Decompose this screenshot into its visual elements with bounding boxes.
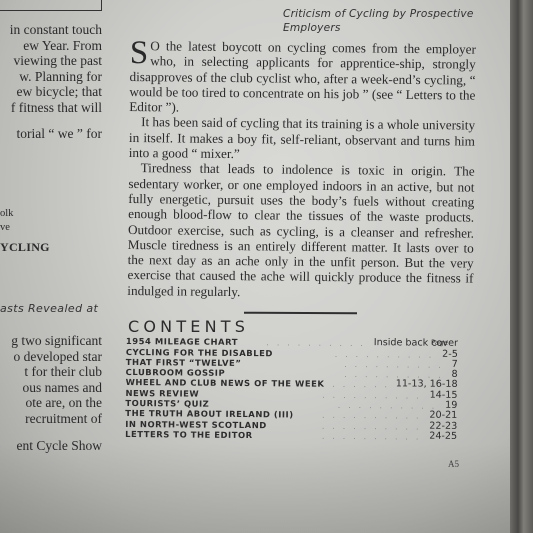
text-line: ous names and: [0, 380, 102, 396]
left-bottom-line: ent Cycle Show: [0, 438, 102, 454]
text-line: viewing the past: [0, 53, 102, 69]
magazine-page: in constant touch ew Year. From viewing …: [0, 0, 510, 533]
boxed-panel-frame: [0, 0, 102, 11]
page-folio: A5: [448, 459, 459, 469]
editorial-line: torial “ we ” for: [0, 126, 102, 142]
signature-line: ve: [0, 221, 10, 234]
table-of-contents: Page 1954 MILEAGE CHART . . . . . . . . …: [125, 336, 458, 442]
text-line: o developed star: [0, 349, 102, 365]
binding-edge: [510, 0, 533, 533]
article-paragraph: It has been said of cycling that its tra…: [129, 114, 475, 164]
left-italic-heading: asts Revealed at: [0, 302, 98, 315]
text-line: t for their club: [0, 364, 102, 380]
article-body: SO the latest boycott on cycling comes f…: [127, 38, 476, 302]
text-line: w. Planning for: [0, 69, 102, 85]
signature-publication: YCLING: [0, 240, 50, 255]
article-paragraph: SO the latest boycott on cycling comes f…: [129, 38, 476, 118]
text-line: ote are, on the: [0, 395, 102, 411]
text-line: ew Year. From: [0, 38, 102, 54]
drop-cap: S: [130, 40, 149, 67]
text-line: ew bicycle; that: [0, 84, 102, 100]
section-divider-rule: [244, 312, 357, 315]
text-line: recruitment of: [0, 411, 102, 427]
article-subtitle: Criticism of Cycling by Prospective Empl…: [283, 7, 483, 35]
signature-line: olk: [0, 207, 13, 220]
leader-dots: . . . . . . . . . .: [261, 432, 422, 441]
text-line: in constant touch: [0, 22, 102, 38]
left-column-top-text: in constant touch ew Year. From viewing …: [0, 22, 102, 115]
text-line: f fitness that will: [0, 100, 102, 116]
contents-heading: CONTENTS: [128, 317, 249, 336]
toc-item: LETTERS TO THE EDITOR . . . . . . . . . …: [125, 429, 457, 442]
article-paragraph: Tiredness that leads to indolence is tox…: [127, 160, 474, 301]
left-column-lower-text: g two significant o developed star t for…: [0, 333, 102, 426]
text-line: g two significant: [0, 333, 102, 349]
